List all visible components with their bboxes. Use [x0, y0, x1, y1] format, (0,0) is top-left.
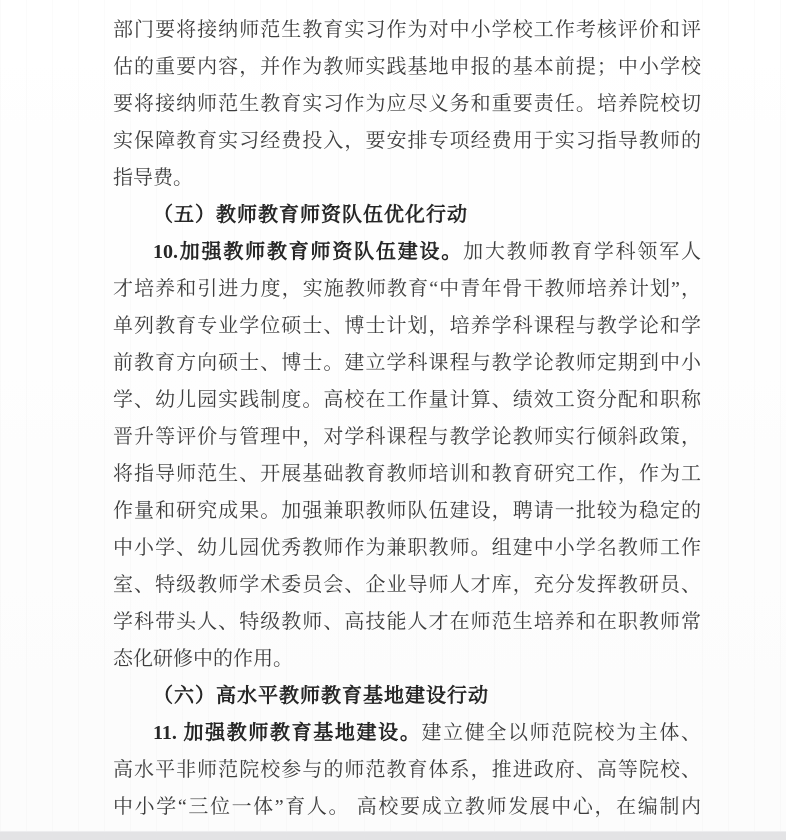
document-line: 高水平非师范院校参与的师范教育体系，推进政府、高等院校、: [113, 752, 701, 789]
document-line: 将指导师范生、开展基础教育教师培训和教育研究工作，作为工: [113, 456, 701, 493]
document-line: 作量和研究成果。加强兼职教师队伍建设，聘请一批较为稳定的: [113, 493, 701, 530]
document-line: 才培养和引进力度，实施教师教育“中青年骨干教师培养计划”，: [113, 271, 701, 308]
page-bottom-edge: [0, 831, 786, 840]
document-line: 估的重要内容，并作为教师实践基地申报的基本前提；中小学校: [113, 49, 701, 86]
document-line: 学科带头人、特级教师、高技能人才在师范生培养和在职教师常: [113, 604, 701, 641]
document-line: 部门要将接纳师范生教育实习作为对中小学校工作考核评价和评: [113, 12, 701, 49]
document-line: 中小学、幼儿园优秀教师作为兼职教师。组建中小学名教师工作: [113, 530, 701, 567]
document-text-block: 部门要将接纳师范生教育实习作为对中小学校工作考核评价和评估的重要内容，并作为教师…: [113, 12, 701, 826]
document-line: 晋升等评价与管理中，对学科课程与教学论教师实行倾斜政策，: [113, 419, 701, 456]
document-line: 11. 加强教师教育基地建设。建立健全以师范院校为主体、: [113, 715, 701, 752]
document-line: 实保障教育实习经费投入，要安排专项经费用于实习指导教师的: [113, 123, 701, 160]
section-heading: （六）高水平教师教育基地建设行动: [113, 678, 701, 715]
document-line: 10.加强教师教育师资队伍建设。加大教师教育学科领军人: [113, 234, 701, 271]
document-line: 要将接纳师范生教育实习作为应尽义务和重要责任。培养院校切: [113, 86, 701, 123]
line-text: 加大教师教育学科领军人: [463, 241, 701, 263]
bold-sentence-prefix: 10.加强教师教育师资队伍建设。: [153, 241, 463, 263]
document-line: 指导费。: [113, 160, 701, 197]
document-page: 部门要将接纳师范生教育实习作为对中小学校工作考核评价和评估的重要内容，并作为教师…: [0, 0, 786, 840]
document-line: 学、幼儿园实践制度。高校在工作量计算、绩效工资分配和职称: [113, 382, 701, 419]
document-line: 中小学“三位一体”育人。 高校要成立教师发展中心，在编制内: [113, 789, 701, 826]
document-line: 态化研修中的作用。: [113, 641, 701, 678]
section-heading: （五）教师教育师资队伍优化行动: [113, 197, 701, 234]
document-line: 室、特级教师学术委员会、企业导师人才库，充分发挥教研员、: [113, 567, 701, 604]
bold-sentence-prefix: 11. 加强教师教育基地建设。: [153, 722, 421, 744]
document-line: 前教育方向硕士、博士。建立学科课程与教学论教师定期到中小: [113, 345, 701, 382]
document-line: 单列教育专业学位硕士、博士计划，培养学科课程与教学论和学: [113, 308, 701, 345]
line-text: 建立健全以师范院校为主体、: [421, 722, 701, 744]
